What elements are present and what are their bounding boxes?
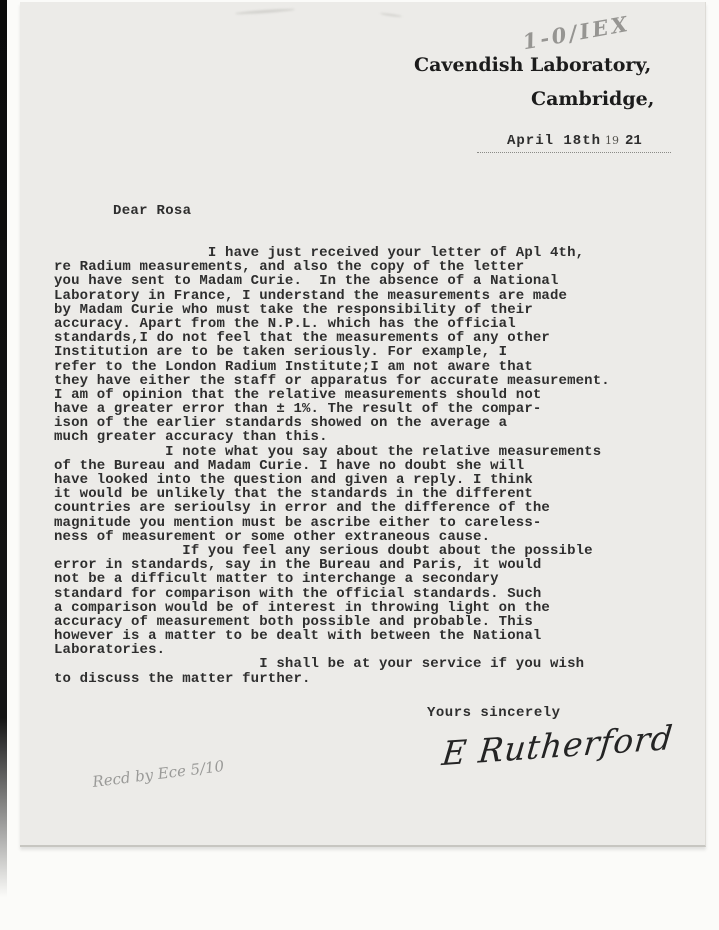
date-month-day: April 18th (477, 133, 601, 149)
letter-line: you have sent to Madam Curie. In the abs… (54, 274, 610, 288)
letter-line: error in standards, say in the Bureau an… (54, 558, 610, 572)
letter-line: accuracy of measurement both possible an… (54, 615, 610, 629)
date-year-typed: 21 (619, 133, 642, 149)
letter-line: Institution are to be taken seriously. F… (54, 345, 610, 359)
letter-line: I am of opinion that the relative measur… (54, 388, 610, 402)
paper-smudge (235, 8, 295, 15)
date-year-printed: 19 (601, 134, 619, 147)
letter-line: re Radium measurements, and also the cop… (54, 260, 610, 274)
letter-line: they have either the staff or apparatus … (54, 374, 610, 388)
letter-line: standards,I do not feel that the measure… (54, 331, 610, 345)
letter-line: magnitude you mention must be ascribe ei… (54, 516, 610, 530)
letter-line: ness of measurement or some other extran… (54, 530, 610, 544)
letter-line: I note what you say about the relative m… (54, 445, 610, 459)
letter-line: refer to the London Radium Institute;I a… (54, 360, 610, 374)
letter-body: I have just received your letter of Apl … (54, 246, 610, 686)
letter-line: to discuss the matter further. (54, 672, 610, 686)
letter-line: by Madam Curie who must take the respons… (54, 303, 610, 317)
scanned-letter-page: 1-0/IEX Cavendish Laboratory, Cambridge,… (0, 0, 719, 930)
letter-line: ison of the earlier standards showed on … (54, 416, 610, 430)
letterhead-city: Cambridge, (531, 88, 654, 110)
letter-line: have looked into the question and given … (54, 473, 610, 487)
letter-line: standard for comparison with the officia… (54, 587, 610, 601)
letter-line: Laboratories. (54, 643, 610, 657)
paper-smudge (380, 12, 402, 17)
letter-line: however is a matter to be dealt with bet… (54, 629, 610, 643)
letter-line: Laboratory in France, I understand the m… (54, 289, 610, 303)
letter-line: countries are serioulsy in error and the… (54, 501, 610, 515)
letter-line: I have just received your letter of Apl … (54, 246, 610, 260)
closing-phrase: Yours sincerely (427, 705, 561, 721)
letter-line: it would be unlikely that the standards … (54, 487, 610, 501)
letter-line: of the Bureau and Madam Curie. I have no… (54, 459, 610, 473)
scan-edge-shadow (0, 0, 7, 897)
letter-line: have a greater error than ± 1%. The resu… (54, 402, 610, 416)
letterhead-institution: Cavendish Laboratory, (414, 54, 599, 76)
salutation: Dear Rosa (113, 203, 191, 219)
letter-line: I shall be at your service if you wish (54, 657, 610, 671)
letter-line: a comparison would be of interest in thr… (54, 601, 610, 615)
date-line: April 18th1921 (477, 131, 671, 153)
letter-line: much greater accuracy than this. (54, 430, 610, 444)
letter-line: If you feel any serious doubt about the … (54, 544, 610, 558)
letter-line: accuracy. Apart from the N.P.L. which ha… (54, 317, 610, 331)
letter-line: not be a difficult matter to interchange… (54, 572, 610, 586)
